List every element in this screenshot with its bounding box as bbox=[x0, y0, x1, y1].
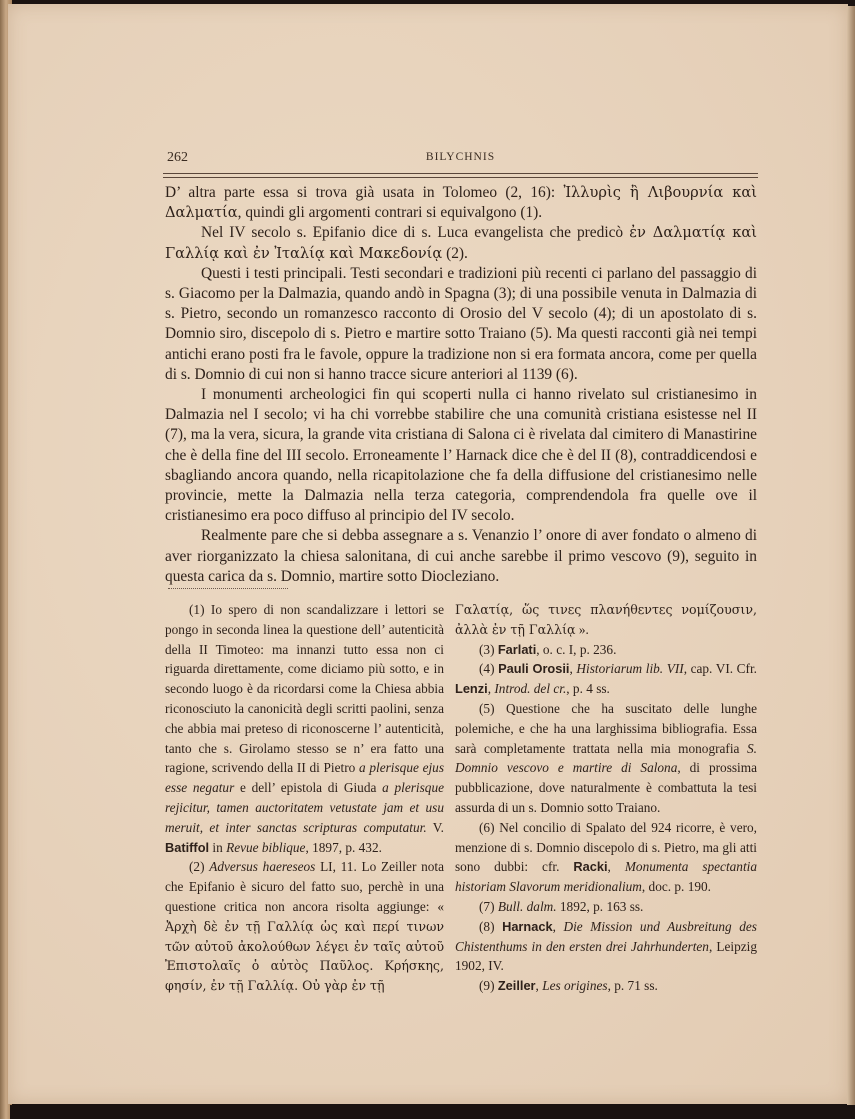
footnotes-right-column: Γαλατίᾳ, ὥς τινες πλανήθεντες νομίζουσιν… bbox=[455, 600, 757, 996]
text-run: (9) bbox=[479, 978, 498, 993]
text-run: , doc. p. 190. bbox=[642, 879, 711, 894]
italic-text: Historiarum lib. VII bbox=[576, 661, 683, 676]
text-run: D’ altra parte essa si trova già usata i… bbox=[165, 184, 563, 201]
text-run: (4) bbox=[479, 661, 498, 676]
text-run: , bbox=[608, 859, 625, 874]
italic-text: Adversus haereseos bbox=[209, 859, 315, 874]
paragraph: Realmente pare che si debba assegnare a … bbox=[165, 526, 757, 587]
text-run: , p. 4 ss. bbox=[566, 681, 610, 696]
text-run: (5) Questione che ha suscitato delle lun… bbox=[455, 701, 757, 756]
text-run: , quindi gli argomenti contrari si equiv… bbox=[238, 204, 542, 221]
text-run: (2) bbox=[189, 859, 209, 874]
page-bottom-shadow bbox=[10, 1105, 855, 1119]
text-run: V. bbox=[427, 820, 444, 835]
text-run: (8) bbox=[479, 919, 502, 934]
bold-text: Racki bbox=[573, 859, 607, 874]
bold-text: Zeiller bbox=[498, 978, 536, 993]
text-run: (3) bbox=[479, 642, 498, 657]
journal-title: BILYCHNIS bbox=[163, 151, 758, 163]
footnote: (6) Nel concilio di Spalato del 924 rico… bbox=[455, 818, 757, 897]
text-run: (2). bbox=[442, 245, 468, 262]
bold-text: Farlati bbox=[498, 642, 536, 657]
footnote: (8) Harnack, Die Mission und Ausbreitung… bbox=[455, 917, 757, 976]
text-run: (7) bbox=[479, 899, 498, 914]
footnote-separator bbox=[168, 588, 288, 589]
footnote-continuation: Γαλατίᾳ, ὥς τινες πλανήθεντες νομίζουσιν… bbox=[455, 600, 757, 640]
paragraph: Nel IV secolo s. Epifanio dice di s. Luc… bbox=[165, 223, 757, 263]
text-run: in bbox=[209, 840, 226, 855]
footnote: (7) Bull. dalm. 1892, p. 163 ss. bbox=[455, 897, 757, 917]
bold-text: Batiffol bbox=[165, 840, 209, 855]
bold-text: Pauli Orosii bbox=[498, 661, 569, 676]
italic-text: Bull. dalm. bbox=[498, 899, 557, 914]
text-run: , o. c. I, p. 236. bbox=[536, 642, 616, 657]
footnote: (2) Adversus haereseos LI, 11. Lo Zeille… bbox=[165, 857, 444, 996]
footnote: (4) Pauli Orosii, Historiarum lib. VII, … bbox=[455, 659, 757, 699]
text-run: , 1897, p. 432. bbox=[305, 840, 381, 855]
text-run: , cap. VI. Cfr. bbox=[684, 661, 757, 676]
main-body-text: D’ altra parte essa si trova già usata i… bbox=[165, 183, 757, 587]
footnote: (9) Zeiller, Les origines, p. 71 ss. bbox=[455, 976, 757, 996]
greek-text: Γαλατίᾳ, ὥς τινες πλανήθεντες νομίζουσιν… bbox=[455, 602, 757, 637]
text-run: e dell’ epistola di Giuda bbox=[234, 780, 382, 795]
paragraph: Questi i testi principali. Testi seconda… bbox=[165, 264, 757, 385]
text-run: 1892, p. 163 ss. bbox=[557, 899, 644, 914]
bold-text: Harnack bbox=[502, 919, 553, 934]
italic-text: Revue biblique bbox=[226, 840, 305, 855]
text-run: , p. 71 ss. bbox=[608, 978, 658, 993]
page-right-edge bbox=[847, 6, 855, 1106]
italic-text: Introd. del cr. bbox=[494, 681, 566, 696]
italic-text: Les origines bbox=[542, 978, 607, 993]
text-run: ». bbox=[576, 622, 589, 637]
paragraph: D’ altra parte essa si trova già usata i… bbox=[165, 183, 757, 223]
text-run: (1) Io spero di non scandalizzare i lett… bbox=[165, 602, 444, 775]
footnote: (3) Farlati, o. c. I, p. 236. bbox=[455, 640, 757, 660]
paragraph: I monumenti archeologici fin qui scopert… bbox=[165, 385, 757, 526]
running-head: 262 BILYCHNIS bbox=[163, 148, 758, 166]
header-double-rule bbox=[163, 173, 758, 178]
greek-text: Ἀρχὴ δὲ ἐν τῇ Γαλλίᾳ ὡς καὶ περί τινων τ… bbox=[165, 919, 444, 993]
bold-text: Lenzi bbox=[455, 681, 488, 696]
footnote: (1) Io spero di non scandalizzare i lett… bbox=[165, 600, 444, 857]
text-run: , bbox=[553, 919, 564, 934]
text-run: Nel IV secolo s. Epifanio dice di s. Luc… bbox=[201, 224, 629, 241]
footnote: (5) Questione che ha suscitato delle lun… bbox=[455, 699, 757, 818]
footnotes-left-column: (1) Io spero di non scandalizzare i lett… bbox=[165, 600, 444, 996]
